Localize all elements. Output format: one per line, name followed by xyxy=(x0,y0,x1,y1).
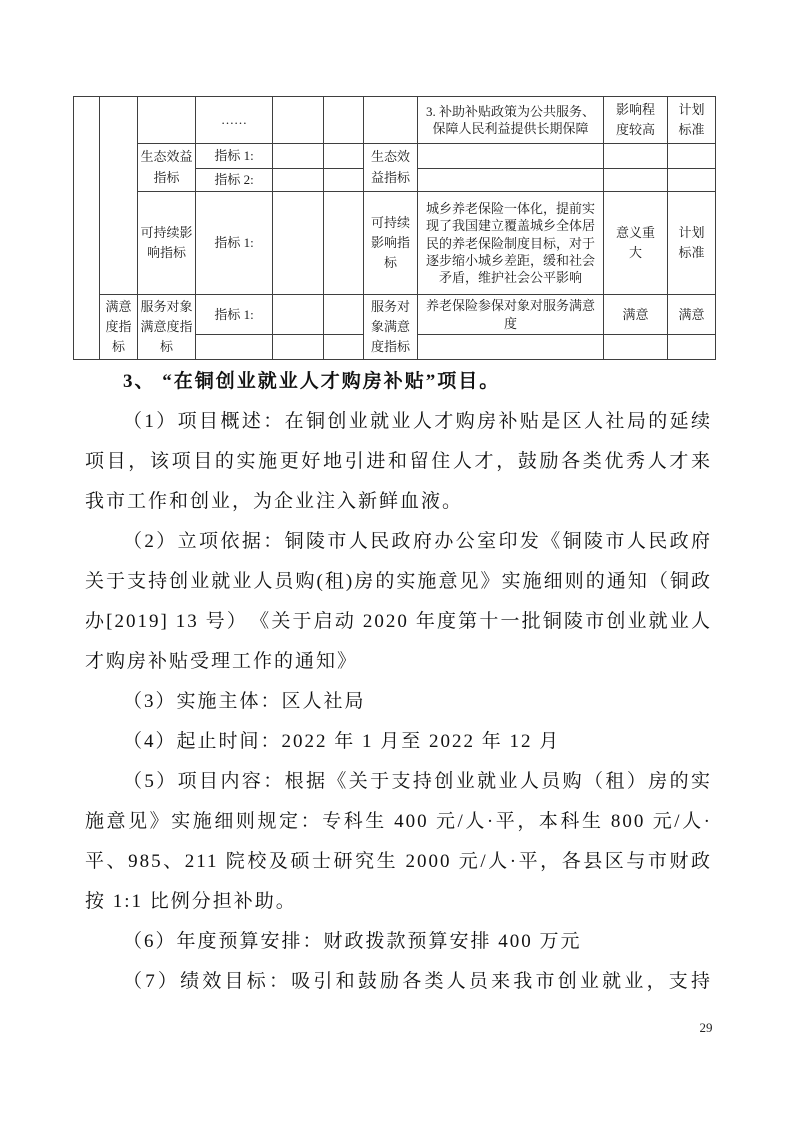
cell-pension-insurance-description: 城乡养老保险一体化，提前实现了我国建立覆盖城乡全体居民的养老保险制度目标，对于逐… xyxy=(418,192,604,295)
cell-sustainable-impact-indicator-repeat: 可持续影响指标 xyxy=(364,192,418,295)
empty-cell xyxy=(418,144,604,169)
cell-indicator-2 xyxy=(196,335,273,360)
cell-indicator-2: 指标 2: xyxy=(196,169,273,192)
cell-plan-standard: 计划标准 xyxy=(668,97,716,144)
cell-service-object-satisfaction-indicator: 服务对象满意度指标 xyxy=(138,295,196,360)
empty-cell xyxy=(604,144,668,169)
empty-cell xyxy=(74,97,100,360)
document-page: …… 3. 补助补贴政策为公共服务、保障人民利益提供长期保障 影响程度较高 计划… xyxy=(0,0,793,1122)
cell-eco-benefit-indicator-repeat: 生态效益指标 xyxy=(364,144,418,192)
cell-indicator-1: 指标 1: xyxy=(196,144,273,169)
cell-service-object-satisfaction-repeat: 服务对象满意度指标 xyxy=(364,295,418,360)
empty-cell xyxy=(668,335,716,360)
empty-cell xyxy=(273,144,324,169)
body-text: 3、 “在铜创业就业人才购房补贴”项目。 （1）项目概述：在铜创业就业人才购房补… xyxy=(85,362,712,1002)
cell-satisfied-standard: 满意 xyxy=(668,295,716,335)
empty-cell xyxy=(273,335,324,360)
empty-cell xyxy=(324,335,364,360)
cell-indicator-1: 指标 1: xyxy=(196,192,273,295)
empty-cell xyxy=(418,335,604,360)
cell-plan-standard: 计划标准 xyxy=(668,192,716,295)
empty-cell xyxy=(100,97,138,295)
paragraph-implementing-entity: （3）实施主体：区人社局 xyxy=(85,682,712,722)
paragraph-project-content: （5）项目内容：根据《关于支持创业就业人员购（租）房的实施意见》实施细则规定：专… xyxy=(85,762,712,922)
page-number: 29 xyxy=(690,1020,722,1036)
empty-cell xyxy=(364,97,418,144)
paragraph-approval-basis: （2）立项依据：铜陵市人民政府办公室印发《铜陵市人民政府关于支持创业就业人员购(… xyxy=(85,522,712,682)
cell-sustainable-impact-indicator: 可持续影响指标 xyxy=(138,192,196,295)
empty-cell xyxy=(273,192,324,295)
empty-cell xyxy=(324,97,364,144)
paragraph-performance-goal: （7）绩效目标：吸引和鼓励各类人员来我市创业就业，支持 xyxy=(85,962,712,1002)
cell-eco-benefit-indicator: 生态效益指标 xyxy=(138,144,196,192)
empty-cell xyxy=(324,192,364,295)
cell-satisfaction-description: 养老保险参保对象对服务满意度 xyxy=(418,295,604,335)
section-heading: 3、 “在铜创业就业人才购房补贴”项目。 xyxy=(85,362,712,402)
empty-cell xyxy=(324,144,364,169)
empty-cell xyxy=(604,335,668,360)
cell-indicator-1: 指标 1: xyxy=(196,295,273,335)
empty-cell xyxy=(668,144,716,169)
cell-impact-degree-value: 影响程度较高 xyxy=(604,97,668,144)
empty-cell xyxy=(273,295,324,335)
empty-cell xyxy=(273,97,324,144)
empty-cell xyxy=(604,169,668,192)
cell-significance-value: 意义重大 xyxy=(604,192,668,295)
paragraph-project-overview: （1）项目概述：在铜创业就业人才购房补贴是区人社局的延续项目，该项目的实施更好地… xyxy=(85,402,712,522)
cell-satisfied-value: 满意 xyxy=(604,295,668,335)
cell-satisfaction-indicator-category: 满意度指标 xyxy=(100,295,138,360)
cell-indicator-ellipsis: …… xyxy=(196,97,273,144)
paragraph-annual-budget: （6）年度预算安排：财政拨款预算安排 400 万元 xyxy=(85,922,712,962)
empty-cell xyxy=(324,169,364,192)
cell-subsidy-policy-description: 3. 补助补贴政策为公共服务、保障人民利益提供长期保障 xyxy=(418,97,604,144)
empty-cell xyxy=(418,169,604,192)
performance-indicator-table: …… 3. 补助补贴政策为公共服务、保障人民利益提供长期保障 影响程度较高 计划… xyxy=(73,96,716,360)
paragraph-time-period: （4）起止时间：2022 年 1 月至 2022 年 12 月 xyxy=(85,722,712,762)
empty-cell xyxy=(668,169,716,192)
empty-cell xyxy=(273,169,324,192)
empty-cell xyxy=(324,295,364,335)
empty-cell xyxy=(138,97,196,144)
